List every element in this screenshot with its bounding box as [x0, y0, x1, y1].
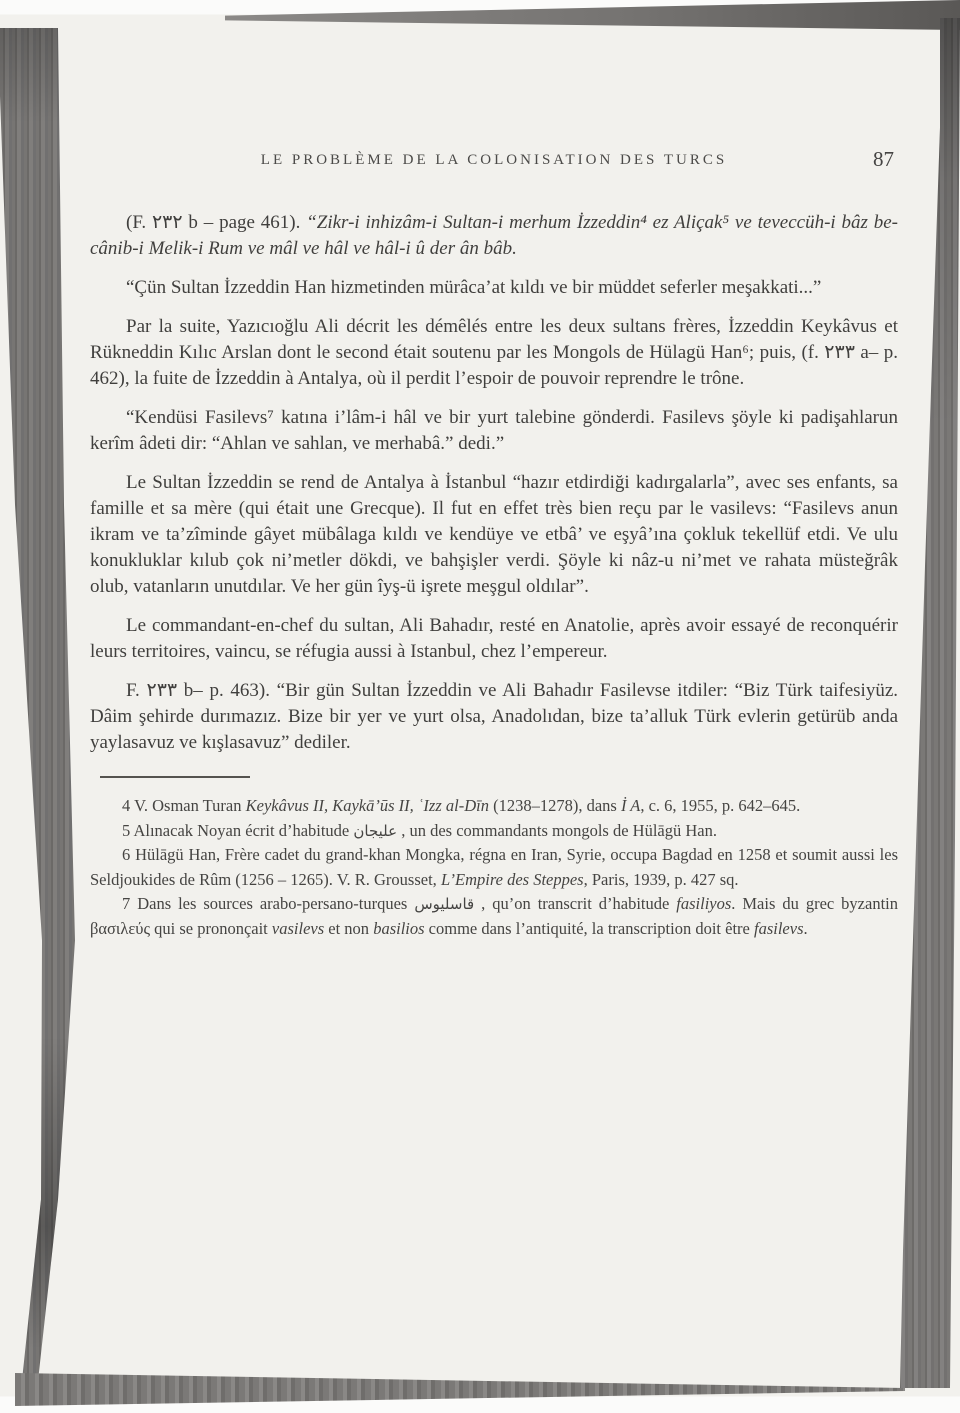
footnote-5: 5 Alınacak Noyan écrit d’habitude عليجان…: [90, 819, 898, 844]
paragraph-folio-463: F. ٢٣٣ b– p. 463). “Bir gün Sultan İzzed…: [90, 678, 898, 756]
footnote-6: 6 Hülāgü Han, Frère cadet du grand-khan …: [90, 843, 898, 892]
paragraph-cun-sultan: “Çün Sultan İzzeddin Han hizmetinden mür…: [90, 275, 898, 301]
paragraph-folio-461: (F. ٢٣٢ b – page 461). “Zikr-i inhizâm-i…: [90, 210, 898, 262]
arabic-word-fasiliyus: قاسليوس: [414, 895, 474, 913]
paragraph-sultan-istanbul: Le Sultan İzzeddin se rend de Antalya à …: [90, 470, 898, 600]
footnote-4: 4 V. Osman Turan Keykâvus II, Kaykā’ūs I…: [90, 794, 898, 819]
footnotes-section: 4 V. Osman Turan Keykâvus II, Kaykā’ūs I…: [90, 794, 898, 941]
page-header: LE PROBLÈME DE LA COLONISATION DES TURCS…: [90, 152, 898, 178]
paragraph-kendusi-fasilevs: “Kendüsi Fasilevs⁷ katına i’lâm-i hâl ve…: [90, 405, 898, 457]
page-number: 87: [873, 147, 894, 172]
paragraph-commandant: Le commandant-en-chef du sultan, Ali Bah…: [90, 613, 898, 665]
arabic-word-alijan: عليجان: [353, 822, 397, 840]
document-page: LE PROBLÈME DE LA COLONISATION DES TURCS…: [0, 0, 960, 1413]
footnote-7: 7 Dans les sources arabo-persano-turques…: [90, 892, 898, 941]
page-content: LE PROBLÈME DE LA COLONISATION DES TURCS…: [90, 152, 898, 941]
folio-reference: (F. ٢٣٢ b – page 461).: [126, 212, 306, 233]
paragraph-par-la-suite: Par la suite, Yazıcıoğlu Ali décrit les …: [90, 314, 898, 392]
footnote-separator: [100, 776, 250, 778]
running-title: LE PROBLÈME DE LA COLONISATION DES TURCS: [90, 152, 898, 169]
